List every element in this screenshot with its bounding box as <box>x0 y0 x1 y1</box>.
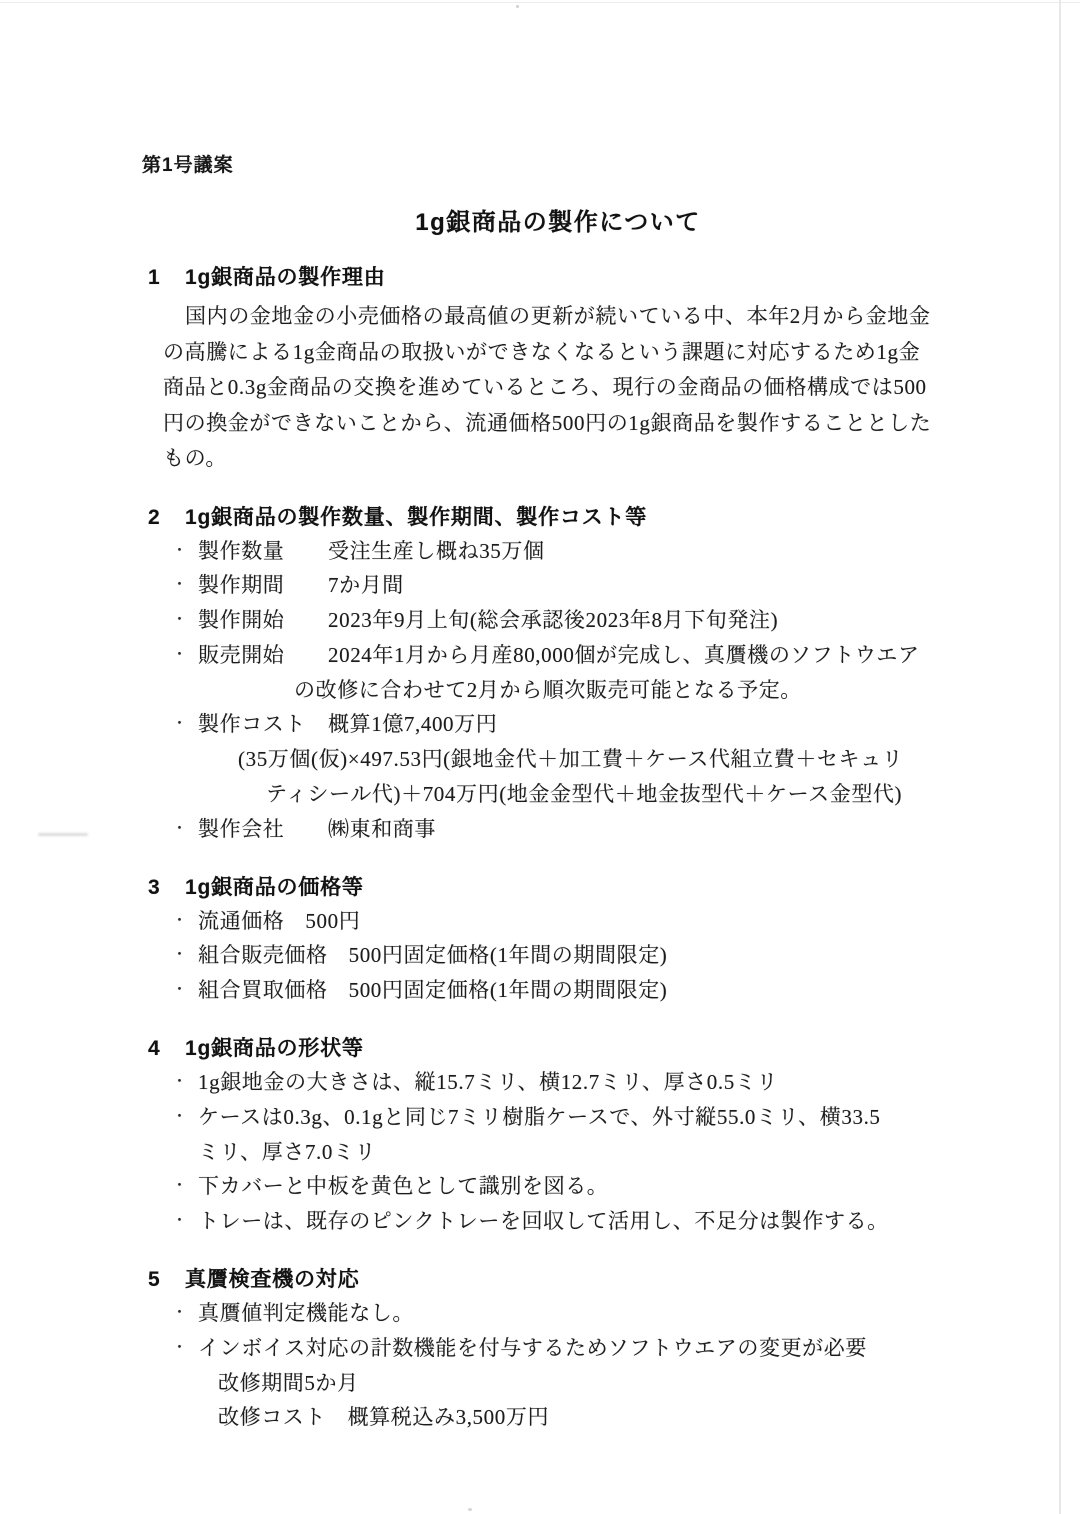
item-value: 500円固定価格(1年間の期間限定) <box>349 943 668 967</box>
item-value: 7か月間 <box>328 573 404 597</box>
list-item: ・販売開始2024年1月から月産80,000個が完成し、真贋機のソフトウエア <box>148 638 968 673</box>
scanned-document-page: 第1号議案 1g銀商品の製作について 11g銀商品の製作理由 国内の金地金の小売… <box>0 0 1080 1514</box>
item-label: 組合買取価格 <box>198 978 328 1002</box>
bullet-icon: ・ <box>172 1331 188 1366</box>
list-item: ・流通価格500円 <box>148 904 968 939</box>
paragraph-line: 国内の金地金の小売価格の最高値の更新が続いている中、本年2月から金地金 <box>163 299 968 335</box>
item-label: 流通価格 <box>198 909 284 933</box>
item-value: 500円 <box>305 909 360 933</box>
scan-smudge <box>38 833 88 836</box>
section-number: 4 <box>148 1032 185 1065</box>
section-heading-text: 1g銀商品の製作理由 <box>185 266 386 289</box>
bullet-icon: ・ <box>172 638 188 673</box>
section-heading-text: 1g銀商品の製作数量、製作期間、製作コスト等 <box>185 506 647 529</box>
item-text: 下カバーと中板を黄色として識別を図る。 <box>198 1174 608 1198</box>
bullet-icon: ・ <box>172 1204 188 1239</box>
bullet-icon: ・ <box>172 1296 188 1331</box>
retrofit-detail-line: 改修期間5か月 <box>148 1366 968 1401</box>
cost-breakdown-line: (35万個(仮)×497.53円(銀地金代＋加工費＋ケース代組立費＋セキュリ <box>148 742 968 777</box>
bullet-list: ・真贋値判定機能なし。 ・インボイス対応の計数機能を付与するためソフトウエアの変… <box>148 1296 968 1435</box>
item-value: 500円固定価格(1年間の期間限定) <box>349 978 668 1002</box>
document-title: 1g銀商品の製作について <box>148 202 968 237</box>
list-item: ・製作数量受注生産し概ね35万個 <box>148 534 968 569</box>
section-shape: 41g銀商品の形状等 ・1g銀地金の大きさは、縦15.7ミリ、横12.7ミリ、厚… <box>148 1032 968 1239</box>
item-label: 販売開始 <box>198 638 328 673</box>
list-item: ・製作会社㈱東和商事 <box>148 812 968 847</box>
section-heading: 11g銀商品の製作理由 <box>148 261 968 294</box>
list-item: ・トレーは、既存のピンクトレーを回収して活用し、不足分は製作する。 <box>148 1204 968 1239</box>
section-heading: 31g銀商品の価格等 <box>148 871 968 904</box>
paragraph-line: もの。 <box>163 441 968 477</box>
list-item: ・組合販売価格500円固定価格(1年間の期間限定) <box>148 938 968 973</box>
list-item: ・下カバーと中板を黄色として識別を図る。 <box>148 1169 968 1204</box>
cost-breakdown-line: ティシール代)＋704万円(地金金型代＋地金抜型代＋ケース金型代) <box>148 777 968 812</box>
paragraph-line: 円の換金ができないことから、流通価格500円の1g銀商品を製作することとした <box>163 406 968 442</box>
bullet-list: ・流通価格500円 ・組合販売価格500円固定価格(1年間の期間限定) ・組合買… <box>148 904 968 1008</box>
item-value: 概算1億7,400万円 <box>328 712 497 736</box>
section-number: 3 <box>148 871 185 904</box>
item-text: 真贋値判定機能なし。 <box>198 1301 414 1325</box>
item-label: 製作コスト <box>198 707 328 742</box>
scan-speck <box>468 1508 472 1511</box>
item-value: 2024年1月から月産80,000個が完成し、真贋機のソフトウエア <box>328 643 920 667</box>
bullet-icon: ・ <box>172 812 188 847</box>
list-item: ・組合買取価格500円固定価格(1年間の期間限定) <box>148 973 968 1008</box>
section-number: 1 <box>148 261 185 294</box>
item-label: 製作会社 <box>198 812 328 847</box>
item-label: 組合販売価格 <box>198 943 328 967</box>
list-item: ・ケースは0.3g、0.1gと同じ7ミリ樹脂ケースで、外寸縦55.0ミリ、横33… <box>148 1100 968 1135</box>
section-heading: 21g銀商品の製作数量、製作期間、製作コスト等 <box>148 501 968 534</box>
list-item: ・1g銀地金の大きさは、縦15.7ミリ、横12.7ミリ、厚さ0.5ミリ <box>148 1065 968 1100</box>
paragraph-line: の高騰による1g金商品の取扱いができなくなるという課題に対応するため1g金 <box>163 335 968 371</box>
bullet-icon: ・ <box>172 938 188 973</box>
section-number: 5 <box>148 1263 185 1296</box>
list-item: ・真贋値判定機能なし。 <box>148 1296 968 1331</box>
bullet-icon: ・ <box>172 568 188 603</box>
bullet-list: ・製作数量受注生産し概ね35万個 ・製作期間7か月間 ・製作開始2023年9月上… <box>148 534 968 847</box>
section-heading: 5真贋検査機の対応 <box>148 1263 968 1296</box>
bullet-icon: ・ <box>172 904 188 939</box>
agenda-item-label: 第1号議案 <box>142 150 968 177</box>
item-text: トレーは、既存のピンクトレーを回収して活用し、不足分は製作する。 <box>198 1209 889 1233</box>
bullet-icon: ・ <box>172 603 188 638</box>
bullet-list: ・1g銀地金の大きさは、縦15.7ミリ、横12.7ミリ、厚さ0.5ミリ ・ケース… <box>148 1065 968 1239</box>
section-heading-text: 1g銀商品の形状等 <box>185 1037 364 1060</box>
section-production-details: 21g銀商品の製作数量、製作期間、製作コスト等 ・製作数量受注生産し概ね35万個… <box>148 501 968 847</box>
item-label: 製作開始 <box>198 603 328 638</box>
scan-edge-right <box>1059 0 1061 1514</box>
section-heading-text: 真贋検査機の対応 <box>185 1268 359 1291</box>
bullet-icon: ・ <box>172 1169 188 1204</box>
item-text: インボイス対応の計数機能を付与するためソフトウエアの変更が必要 <box>198 1336 867 1360</box>
document-content: 第1号議案 1g銀商品の製作について 11g銀商品の製作理由 国内の金地金の小売… <box>148 0 968 1435</box>
item-value: 2023年9月上旬(総会承認後2023年8月下旬発注) <box>328 608 778 632</box>
item-value: ㈱東和商事 <box>328 817 436 841</box>
bullet-icon: ・ <box>172 707 188 742</box>
item-label: 製作期間 <box>198 568 328 603</box>
item-text: ケースは0.3g、0.1gと同じ7ミリ樹脂ケースで、外寸縦55.0ミリ、横33.… <box>198 1105 881 1129</box>
list-item: ・製作開始2023年9月上旬(総会承認後2023年8月下旬発注) <box>148 603 968 638</box>
list-item-continuation: の改修に合わせて2月から順次販売可能となる予定。 <box>148 673 968 708</box>
list-item: ・製作期間7か月間 <box>148 568 968 603</box>
section-number: 2 <box>148 501 185 534</box>
paragraph-line: 商品と0.3g金商品の交換を進めているところ、現行の金商品の価格構成では500 <box>163 370 968 406</box>
bullet-icon: ・ <box>172 1065 188 1100</box>
section-pricing: 31g銀商品の価格等 ・流通価格500円 ・組合販売価格500円固定価格(1年間… <box>148 871 968 1008</box>
list-item-continuation: ミリ、厚さ7.0ミリ <box>148 1135 968 1170</box>
list-item: ・インボイス対応の計数機能を付与するためソフトウエアの変更が必要 <box>148 1331 968 1366</box>
retrofit-detail-line: 改修コスト 概算税込み3,500万円 <box>148 1400 968 1435</box>
section-heading-text: 1g銀商品の価格等 <box>185 876 364 899</box>
section-heading: 41g銀商品の形状等 <box>148 1032 968 1065</box>
bullet-icon: ・ <box>172 973 188 1008</box>
item-text: 1g銀地金の大きさは、縦15.7ミリ、横12.7ミリ、厚さ0.5ミリ <box>198 1070 778 1094</box>
section-authenticity-checker: 5真贋検査機の対応 ・真贋値判定機能なし。 ・インボイス対応の計数機能を付与する… <box>148 1263 968 1435</box>
item-label: 製作数量 <box>198 534 328 569</box>
list-item: ・製作コスト概算1億7,400万円 <box>148 707 968 742</box>
section-production-reason: 11g銀商品の製作理由 国内の金地金の小売価格の最高値の更新が続いている中、本年… <box>148 261 968 477</box>
bullet-icon: ・ <box>172 1100 188 1135</box>
section-paragraph: 国内の金地金の小売価格の最高値の更新が続いている中、本年2月から金地金 の高騰に… <box>163 299 968 477</box>
item-value: 受注生産し概ね35万個 <box>328 539 545 563</box>
bullet-icon: ・ <box>172 534 188 569</box>
